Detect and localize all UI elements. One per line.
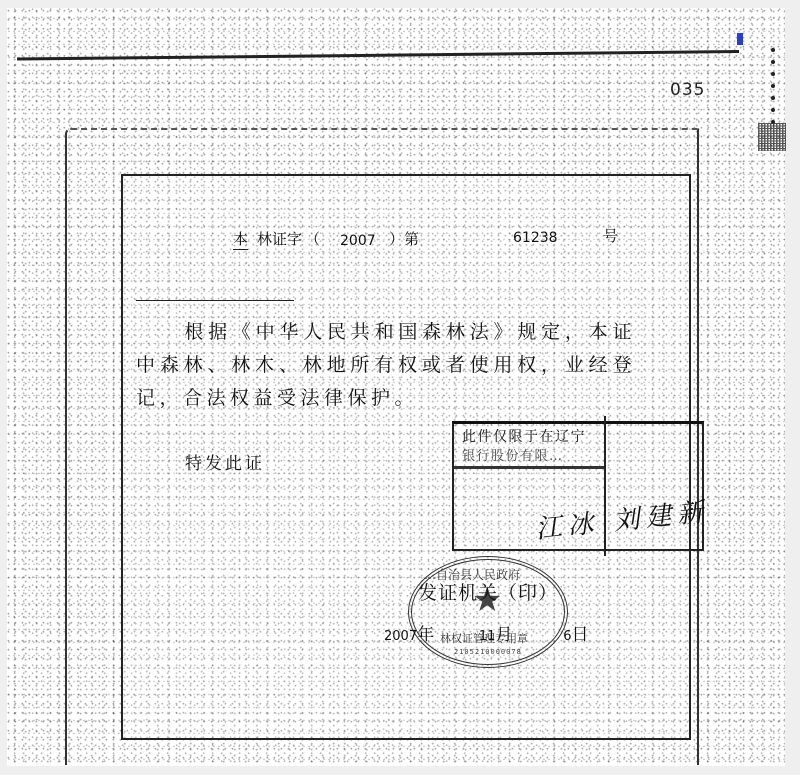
issue-year: 2007 <box>384 629 417 644</box>
month-unit: 月 <box>495 625 512 645</box>
issuing-authority: 发证机关（印） <box>418 578 558 605</box>
issue-date: 2007年 11月 6日 <box>384 620 589 645</box>
year-open-paren: （ <box>305 228 320 249</box>
certificate-type-label: 林证字 <box>257 228 302 249</box>
serial-suffix: 号 <box>603 225 618 246</box>
bank-stamp-line2: 银行股份有限… <box>462 445 564 464</box>
certificate-body: 根据《中华人民共和国森林法》规定，本证中森林、林木、林地所有权或者使用权，业经登… <box>136 316 636 415</box>
bank-stamp-divider <box>454 466 604 469</box>
certificate-prefix: 本 <box>233 228 248 250</box>
bank-stamp-line1: 此件仅限于在辽宁 <box>462 426 586 446</box>
day-unit: 日 <box>572 625 589 645</box>
qr-code-icon <box>758 123 786 151</box>
seal-code: 2105210000078 <box>454 648 522 656</box>
certificate-body-text: 根据《中华人民共和国森林法》规定，本证中森林、林木、林地所有权或者使用权，业经登… <box>136 321 636 409</box>
holder-blank-line <box>136 300 294 301</box>
corner-tab-marker <box>737 33 743 45</box>
issue-day: 6 <box>563 629 571 644</box>
certificate-year: 2007 <box>340 233 376 249</box>
official-seal: …自治县人民政府 ★ 林权证管理专用章 2105210000078 <box>408 556 568 668</box>
certificate-serial: 61238 <box>513 230 558 246</box>
year-close-label: ）第 <box>389 228 419 249</box>
issue-statement: 特发此证 <box>185 449 265 474</box>
year-unit: 年 <box>417 625 434 645</box>
binding-dots <box>771 48 777 132</box>
page-number: 035 <box>670 80 705 100</box>
issue-month: 11 <box>479 629 496 644</box>
top-rule <box>17 50 739 61</box>
